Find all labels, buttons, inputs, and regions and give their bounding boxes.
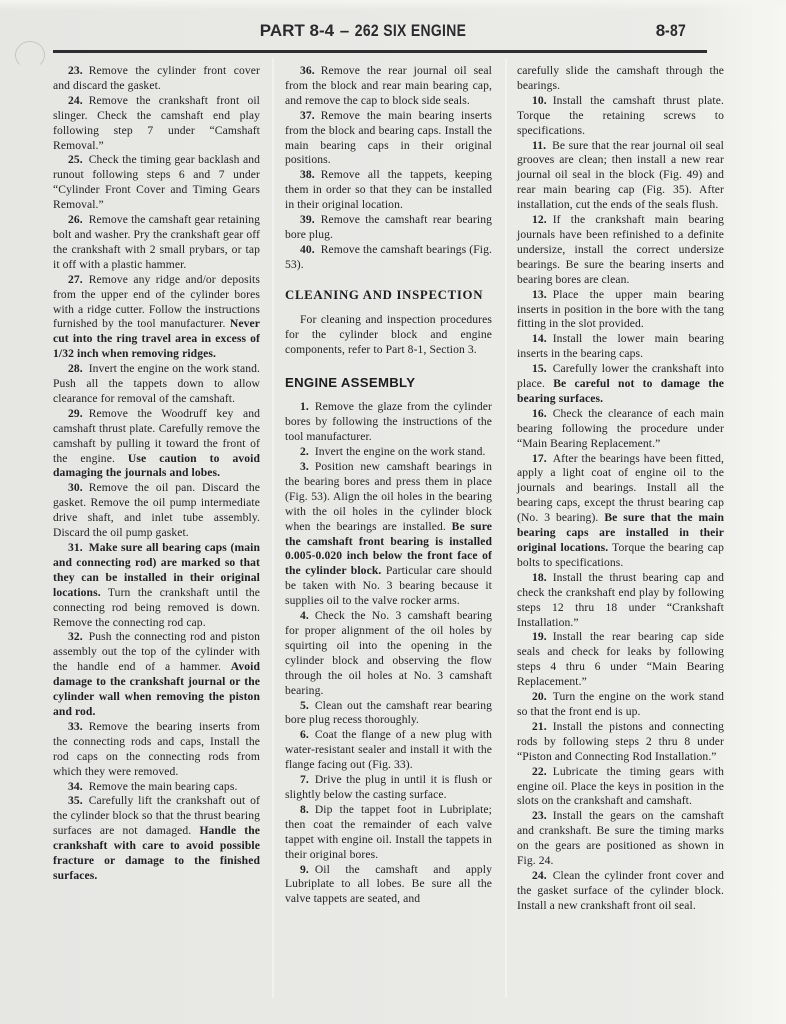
text-run: Remove the bearing inserts from the conn… [53, 720, 260, 778]
step-number: 18. [532, 571, 547, 584]
step-paragraph: 7. Drive the plug in until it is flush o… [285, 773, 492, 803]
step-paragraph: 12. If the crankshaft main bearing journ… [517, 213, 724, 288]
step-number: 29. [68, 407, 83, 420]
step-paragraph: 24. Remove the crankshaft front oil slin… [53, 94, 260, 154]
step-number: 13. [532, 288, 547, 301]
step-paragraph: 40. Remove the camshaft bearings (Fig. 5… [285, 243, 492, 273]
step-number: 38. [300, 168, 315, 181]
step-paragraph: 29. Remove the Woodruff key and camshaft… [53, 407, 260, 482]
text-run: Push the connecting rod and piston assem… [53, 630, 260, 673]
step-paragraph: 18. Install the thrust bearing cap and c… [517, 571, 724, 631]
text-run: Remove the camshaft bearings (Fig. 53). [285, 243, 492, 271]
step-number: 23. [68, 64, 83, 77]
text-column: 23. Remove the cylinder front cover and … [53, 64, 260, 914]
scan-top-light [0, 0, 786, 10]
text-run: Place the upper main bearing inserts in … [517, 288, 724, 331]
step-paragraph: 27. Remove any ridge and/or deposits fro… [53, 273, 260, 362]
section-heading: ENGINE ASSEMBLY [285, 375, 492, 390]
step-number: 14. [532, 332, 547, 345]
text-run: Install the lower main bearing inserts i… [517, 332, 724, 360]
step-paragraph: 17. After the bearings have been fitted,… [517, 452, 724, 571]
text-run: Install the gears on the camshaft and cr… [517, 809, 724, 867]
step-paragraph: 2. Invert the engine on the work stand. [285, 445, 492, 460]
page-number: 8-87 [656, 21, 691, 41]
text-run: Remove the main bearing caps. [89, 780, 238, 793]
step-paragraph: 35. Carefully lift the crankshaft out of… [53, 794, 260, 883]
step-number: 24. [68, 94, 83, 107]
section-heading: CLEANING AND INSPECTION [285, 288, 492, 303]
text-run: Remove the glaze from the cylinder bores… [285, 400, 492, 443]
text-run: Invert the engine on the work stand. Pus… [53, 362, 260, 405]
text-run: If the crankshaft main bearing journals … [517, 213, 724, 286]
text-run: Lubricate the timing gears with engine o… [517, 765, 724, 808]
step-paragraph: 21. Install the pistons and connecting r… [517, 720, 724, 765]
step-number: 5. [300, 699, 309, 712]
page-number-page: -87 [665, 21, 686, 41]
step-number: 21. [532, 720, 547, 733]
step-paragraph: 13. Place the upper main bearing inserts… [517, 288, 724, 333]
step-number: 34. [68, 780, 83, 793]
step-paragraph: 10. Install the camshaft thrust plate. T… [517, 94, 724, 139]
step-paragraph: 24. Clean the cylinder front cover and t… [517, 869, 724, 914]
pencil-arc-mark [15, 41, 45, 69]
step-number: 15. [532, 362, 547, 375]
step-number: 23. [532, 809, 547, 822]
step-number: 30. [68, 481, 83, 494]
step-paragraph: 8. Dip the tappet foot in Lubriplate; th… [285, 803, 492, 863]
step-number: 40. [300, 243, 315, 256]
text-run: Remove the cylinder front cover and disc… [53, 64, 260, 92]
step-number: 8. [300, 803, 309, 816]
text-column: 36. Remove the rear journal oil seal fro… [285, 64, 492, 914]
step-paragraph: 5. Clean out the camshaft rear bearing b… [285, 699, 492, 729]
text-run: Coat the flange of a new plug with water… [285, 728, 492, 771]
step-number: 28. [68, 362, 83, 375]
step-paragraph: 38. Remove all the tappets, keeping them… [285, 168, 492, 213]
step-paragraph: 3. Position new camshaft bearings in the… [285, 460, 492, 609]
step-paragraph: 33. Remove the bearing inserts from the … [53, 720, 260, 780]
step-paragraph: 23. Install the gears on the camshaft an… [517, 809, 724, 869]
step-paragraph: 32. Push the connecting rod and piston a… [53, 630, 260, 719]
step-number: 20. [532, 690, 547, 703]
step-number: 10. [532, 94, 547, 107]
text-run: Remove the crankshaft front oil slinger.… [53, 94, 260, 152]
text-run: Check the clearance of each main bearing… [517, 407, 724, 450]
step-number: 37. [300, 109, 315, 122]
text-run: Check the timing gear backlash and runou… [53, 153, 260, 211]
step-number: 25. [68, 153, 83, 166]
step-number: 3. [300, 460, 309, 473]
page-title-engine: 262 SIX ENGINE [355, 21, 467, 41]
step-number: 1. [300, 400, 309, 413]
step-paragraph: 37. Remove the main bearing inserts from… [285, 109, 492, 169]
text-run: Install the pistons and connecting rods … [517, 720, 724, 763]
step-number: 12. [532, 213, 547, 226]
text-run: Oil the camshaft and apply Lubriplate to… [285, 863, 492, 906]
text-run: Remove all the tappets, keeping them in … [285, 168, 492, 211]
text-run: Remove the camshaft rear bearing bore pl… [285, 213, 492, 241]
text-run: Install the thrust bearing cap and check… [517, 571, 724, 629]
step-paragraph: 16. Check the clearance of each main bea… [517, 407, 724, 452]
step-number: 22. [532, 765, 547, 778]
step-number: 39. [300, 213, 315, 226]
page-title: PART 8-4 – 262 SIX ENGINE [260, 21, 491, 41]
step-paragraph: 26. Remove the camshaft gear retaining b… [53, 213, 260, 273]
step-number: 17. [532, 452, 547, 465]
step-paragraph: 9. Oil the camshaft and apply Lubriplate… [285, 863, 492, 908]
manual-page: { "colors": { "paper": "#e9e9e6", "ink":… [0, 0, 786, 1024]
text-run: Install the camshaft thrust plate. Torqu… [517, 94, 724, 137]
page-header: PART 8-4 – 262 SIX ENGINE 8-87 [53, 21, 707, 45]
step-number: 27. [68, 273, 83, 286]
step-number: 33. [68, 720, 83, 733]
step-paragraph: 19. Install the rear bearing cap side se… [517, 630, 724, 690]
step-number: 4. [300, 609, 309, 622]
text-run: Clean out the camshaft rear bearing bore… [285, 699, 492, 727]
text-run: For cleaning and inspection procedures f… [285, 313, 492, 356]
text-run: Remove the oil pan. Discard the gasket. … [53, 481, 260, 539]
text-run: Install the rear bearing cap side seals … [517, 630, 724, 688]
step-paragraph: 31. Make sure all bearing caps (main and… [53, 541, 260, 630]
text-column: carefully slide the camshaft through the… [517, 64, 724, 914]
step-number: 19. [532, 630, 547, 643]
text-run: Check the No. 3 camshaft bearing for pro… [285, 609, 492, 697]
step-paragraph: 25. Check the timing gear backlash and r… [53, 153, 260, 213]
step-number: 9. [300, 863, 309, 876]
text-run: Remove the camshaft gear retaining bolt … [53, 213, 260, 271]
step-paragraph: 34. Remove the main bearing caps. [53, 780, 260, 795]
text-columns: 23. Remove the cylinder front cover and … [53, 64, 724, 914]
step-number: 31. [68, 541, 83, 554]
step-paragraph: 30. Remove the oil pan. Discard the gask… [53, 481, 260, 541]
text-run: Turn the engine on the work stand so tha… [517, 690, 724, 718]
text-run: carefully slide the camshaft through the… [517, 64, 724, 92]
step-number: 16. [532, 407, 547, 420]
step-paragraph: 28. Invert the engine on the work stand.… [53, 362, 260, 407]
page-title-separator: – [339, 21, 350, 40]
header-rule [53, 50, 707, 53]
text-run: Be sure that the rear journal oil seal g… [517, 139, 724, 212]
step-paragraph: 6. Coat the flange of a new plug with wa… [285, 728, 492, 773]
step-paragraph: 36. Remove the rear journal oil seal fro… [285, 64, 492, 109]
step-paragraph: 1. Remove the glaze from the cylinder bo… [285, 400, 492, 445]
step-number: 2. [300, 445, 309, 458]
text-run: Remove the main bearing inserts from the… [285, 109, 492, 167]
step-number: 32. [68, 630, 83, 643]
step-paragraph: 14. Install the lower main bearing inser… [517, 332, 724, 362]
bold-text-run: Be careful not to damage the bearing sur… [517, 377, 724, 405]
page-number-section: 8 [656, 21, 665, 40]
step-number: 36. [300, 64, 315, 77]
text-run: Clean the cylinder front cover and the g… [517, 869, 724, 912]
step-number: 11. [532, 139, 546, 152]
step-number: 6. [300, 728, 309, 741]
text-run: Invert the engine on the work stand. [315, 445, 486, 458]
text-run: Drive the plug in until it is flush or s… [285, 773, 492, 801]
step-paragraph: 39. Remove the camshaft rear bearing bor… [285, 213, 492, 243]
step-number: 35. [68, 794, 83, 807]
text-run: Remove the rear journal oil seal from th… [285, 64, 492, 107]
step-paragraph: 20. Turn the engine on the work stand so… [517, 690, 724, 720]
step-paragraph: 22. Lubricate the timing gears with engi… [517, 765, 724, 810]
step-paragraph: 4. Check the No. 3 camshaft bearing for … [285, 609, 492, 698]
step-paragraph: 23. Remove the cylinder front cover and … [53, 64, 260, 94]
step-paragraph: 11. Be sure that the rear journal oil se… [517, 139, 724, 214]
text-run: Dip the tappet foot in Lubriplate; then … [285, 803, 492, 861]
page-title-part: PART 8-4 [260, 21, 334, 40]
paragraph: carefully slide the camshaft through the… [517, 64, 724, 94]
step-number: 26. [68, 213, 83, 226]
step-number: 7. [300, 773, 309, 786]
step-number: 24. [532, 869, 547, 882]
step-paragraph: 15. Carefully lower the crankshaft into … [517, 362, 724, 407]
paragraph: For cleaning and inspection procedures f… [285, 313, 492, 358]
